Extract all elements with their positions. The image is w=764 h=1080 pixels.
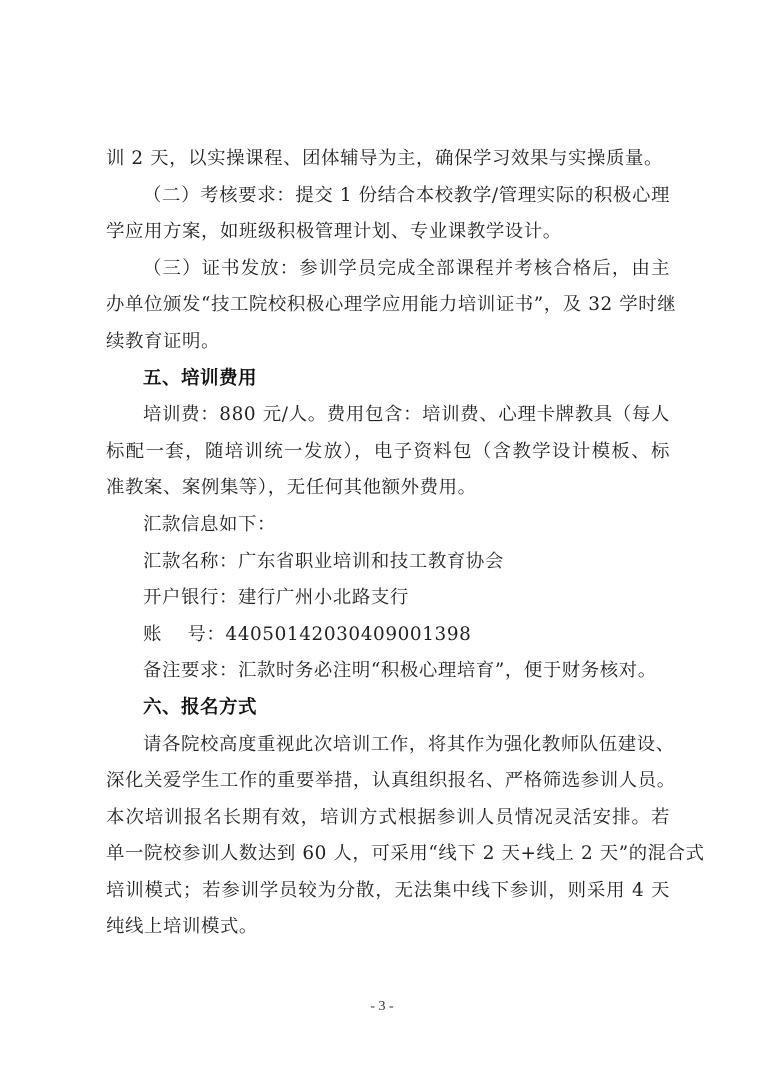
remittance-name: 汇款名称：广东省职业培训和技工教育协会: [106, 544, 670, 581]
paragraph-registration-line-5: 培训模式；若参训学员较为分散，无法集中线下参训，则采用 4 天: [106, 873, 670, 910]
document-body: 训 2 天，以实操课程、团体辅导为主，确保学习效果与实操质量。 （二）考核要求：…: [106, 141, 670, 946]
bank-name: 开户银行：建行广州小北路支行: [106, 580, 670, 617]
section-heading-registration: 六、报名方式: [106, 690, 670, 727]
section-heading-training-fee: 五、培训费用: [106, 361, 670, 398]
paragraph-registration-line-2: 深化关爱学生工作的重要举措，认真组织报名、严格筛选参训人员。: [106, 763, 670, 800]
paragraph-training-fee-line-2: 标配一套，随培训统一发放），电子资料包（含教学设计模板、标: [106, 434, 670, 471]
account-number: 账 号：44050142030409001398: [106, 617, 670, 654]
paragraph-registration-line-1: 请各院校高度重视此次培训工作，将其作为强化教师队伍建设、: [106, 727, 670, 764]
paragraph-certificate-line-2: 办单位颁发“技工院校积极心理学应用能力培训证书”，及 32 学时继: [106, 287, 670, 324]
remittance-remark: 备注要求：汇款时务必注明“积极心理培育”，便于财务核对。: [106, 653, 670, 690]
document-page: 训 2 天，以实操课程、团体辅导为主，确保学习效果与实操质量。 （二）考核要求：…: [0, 0, 764, 1080]
paragraph-registration-line-4: 单一院校参训人数达到 60 人，可采用“线下 2 天+线上 2 天”的混合式: [106, 836, 670, 873]
paragraph-certificate-line-1: （三）证书发放：参训学员完成全部课程并考核合格后，由主: [106, 251, 670, 288]
page-number: - 3 -: [0, 999, 764, 1015]
paragraph-training-arrangement-tail: 训 2 天，以实操课程、团体辅导为主，确保学习效果与实操质量。: [106, 141, 670, 178]
paragraph-assessment-requirements-line-1: （二）考核要求：提交 1 份结合本校教学/管理实际的积极心理: [106, 178, 670, 215]
paragraph-certificate-line-3: 续教育证明。: [106, 324, 670, 361]
paragraph-registration-line-6: 纯线上培训模式。: [106, 909, 670, 946]
paragraph-training-fee-line-3: 准教案、案例集等），无任何其他额外费用。: [106, 470, 670, 507]
paragraph-training-fee-line-1: 培训费：880 元/人。费用包含：培训费、心理卡牌教具（每人: [106, 397, 670, 434]
remittance-intro: 汇款信息如下：: [106, 507, 670, 544]
paragraph-registration-line-3: 本次培训报名长期有效，培训方式根据参训人员情况灵活安排。若: [106, 800, 670, 837]
paragraph-assessment-requirements-line-2: 学应用方案，如班级积极管理计划、专业课教学设计。: [106, 214, 670, 251]
